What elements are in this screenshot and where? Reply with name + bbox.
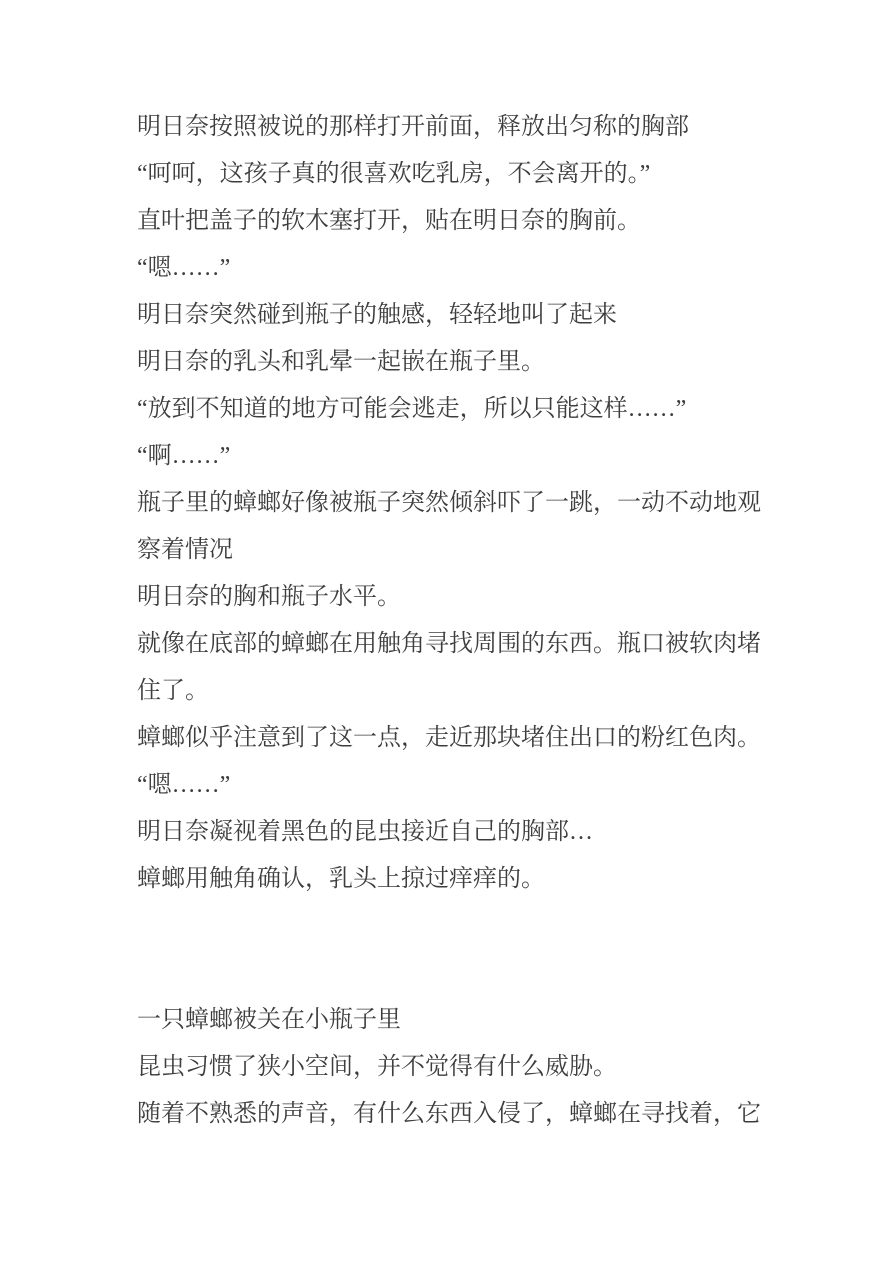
- text-section-cockroach-pov: 一只蟑螂被关在小瓶子里 昆虫习惯了狭小空间，并不觉得有什么威胁。 随着不熟悉的声…: [137, 997, 792, 1138]
- text-line: 一只蟑螂被关在小瓶子里: [137, 997, 792, 1044]
- text-line: 蟑螂似乎注意到了这一点，走近那块堵住出口的粉红色肉。: [137, 715, 792, 762]
- text-section-scene: 明日奈按照被说的那样打开前面，释放出匀称的胸部 “呵呵，这孩子真的很喜欢吃乳房，…: [137, 104, 792, 903]
- text-line: “嗯……”: [137, 762, 792, 809]
- text-line: 住了。: [137, 668, 792, 715]
- document-page: 明日奈按照被说的那样打开前面，释放出匀称的胸部 “呵呵，这孩子真的很喜欢吃乳房，…: [0, 0, 892, 1262]
- text-line: 瓶子里的蟑螂好像被瓶子突然倾斜吓了一跳，一动不动地观: [137, 480, 792, 527]
- text-line: 直叶把盖子的软木塞打开，贴在明日奈的胸前。: [137, 198, 792, 245]
- text-line: 明日奈的乳头和乳晕一起嵌在瓶子里。: [137, 339, 792, 386]
- text-line: “呵呵，这孩子真的很喜欢吃乳房，不会离开的。”: [137, 151, 792, 198]
- text-line: 昆虫习惯了狭小空间，并不觉得有什么威胁。: [137, 1044, 792, 1091]
- text-line: 明日奈的胸和瓶子水平。: [137, 574, 792, 621]
- text-line: 明日奈突然碰到瓶子的触感，轻轻地叫了起来: [137, 292, 792, 339]
- text-line: “放到不知道的地方可能会逃走，所以只能这样……”: [137, 386, 792, 433]
- text-line: 明日奈凝视着黑色的昆虫接近自己的胸部…: [137, 809, 792, 856]
- text-line: “嗯……”: [137, 245, 792, 292]
- text-line: 察着情况: [137, 527, 792, 574]
- text-line: 就像在底部的蟑螂在用触角寻找周围的东西。瓶口被软肉堵: [137, 621, 792, 668]
- text-line: 明日奈按照被说的那样打开前面，释放出匀称的胸部: [137, 104, 792, 151]
- text-line: 随着不熟悉的声音，有什么东西入侵了，蟑螂在寻找着，它: [137, 1091, 792, 1138]
- text-line: 蟑螂用触角确认，乳头上掠过痒痒的。: [137, 856, 792, 903]
- text-line: “啊……”: [137, 433, 792, 480]
